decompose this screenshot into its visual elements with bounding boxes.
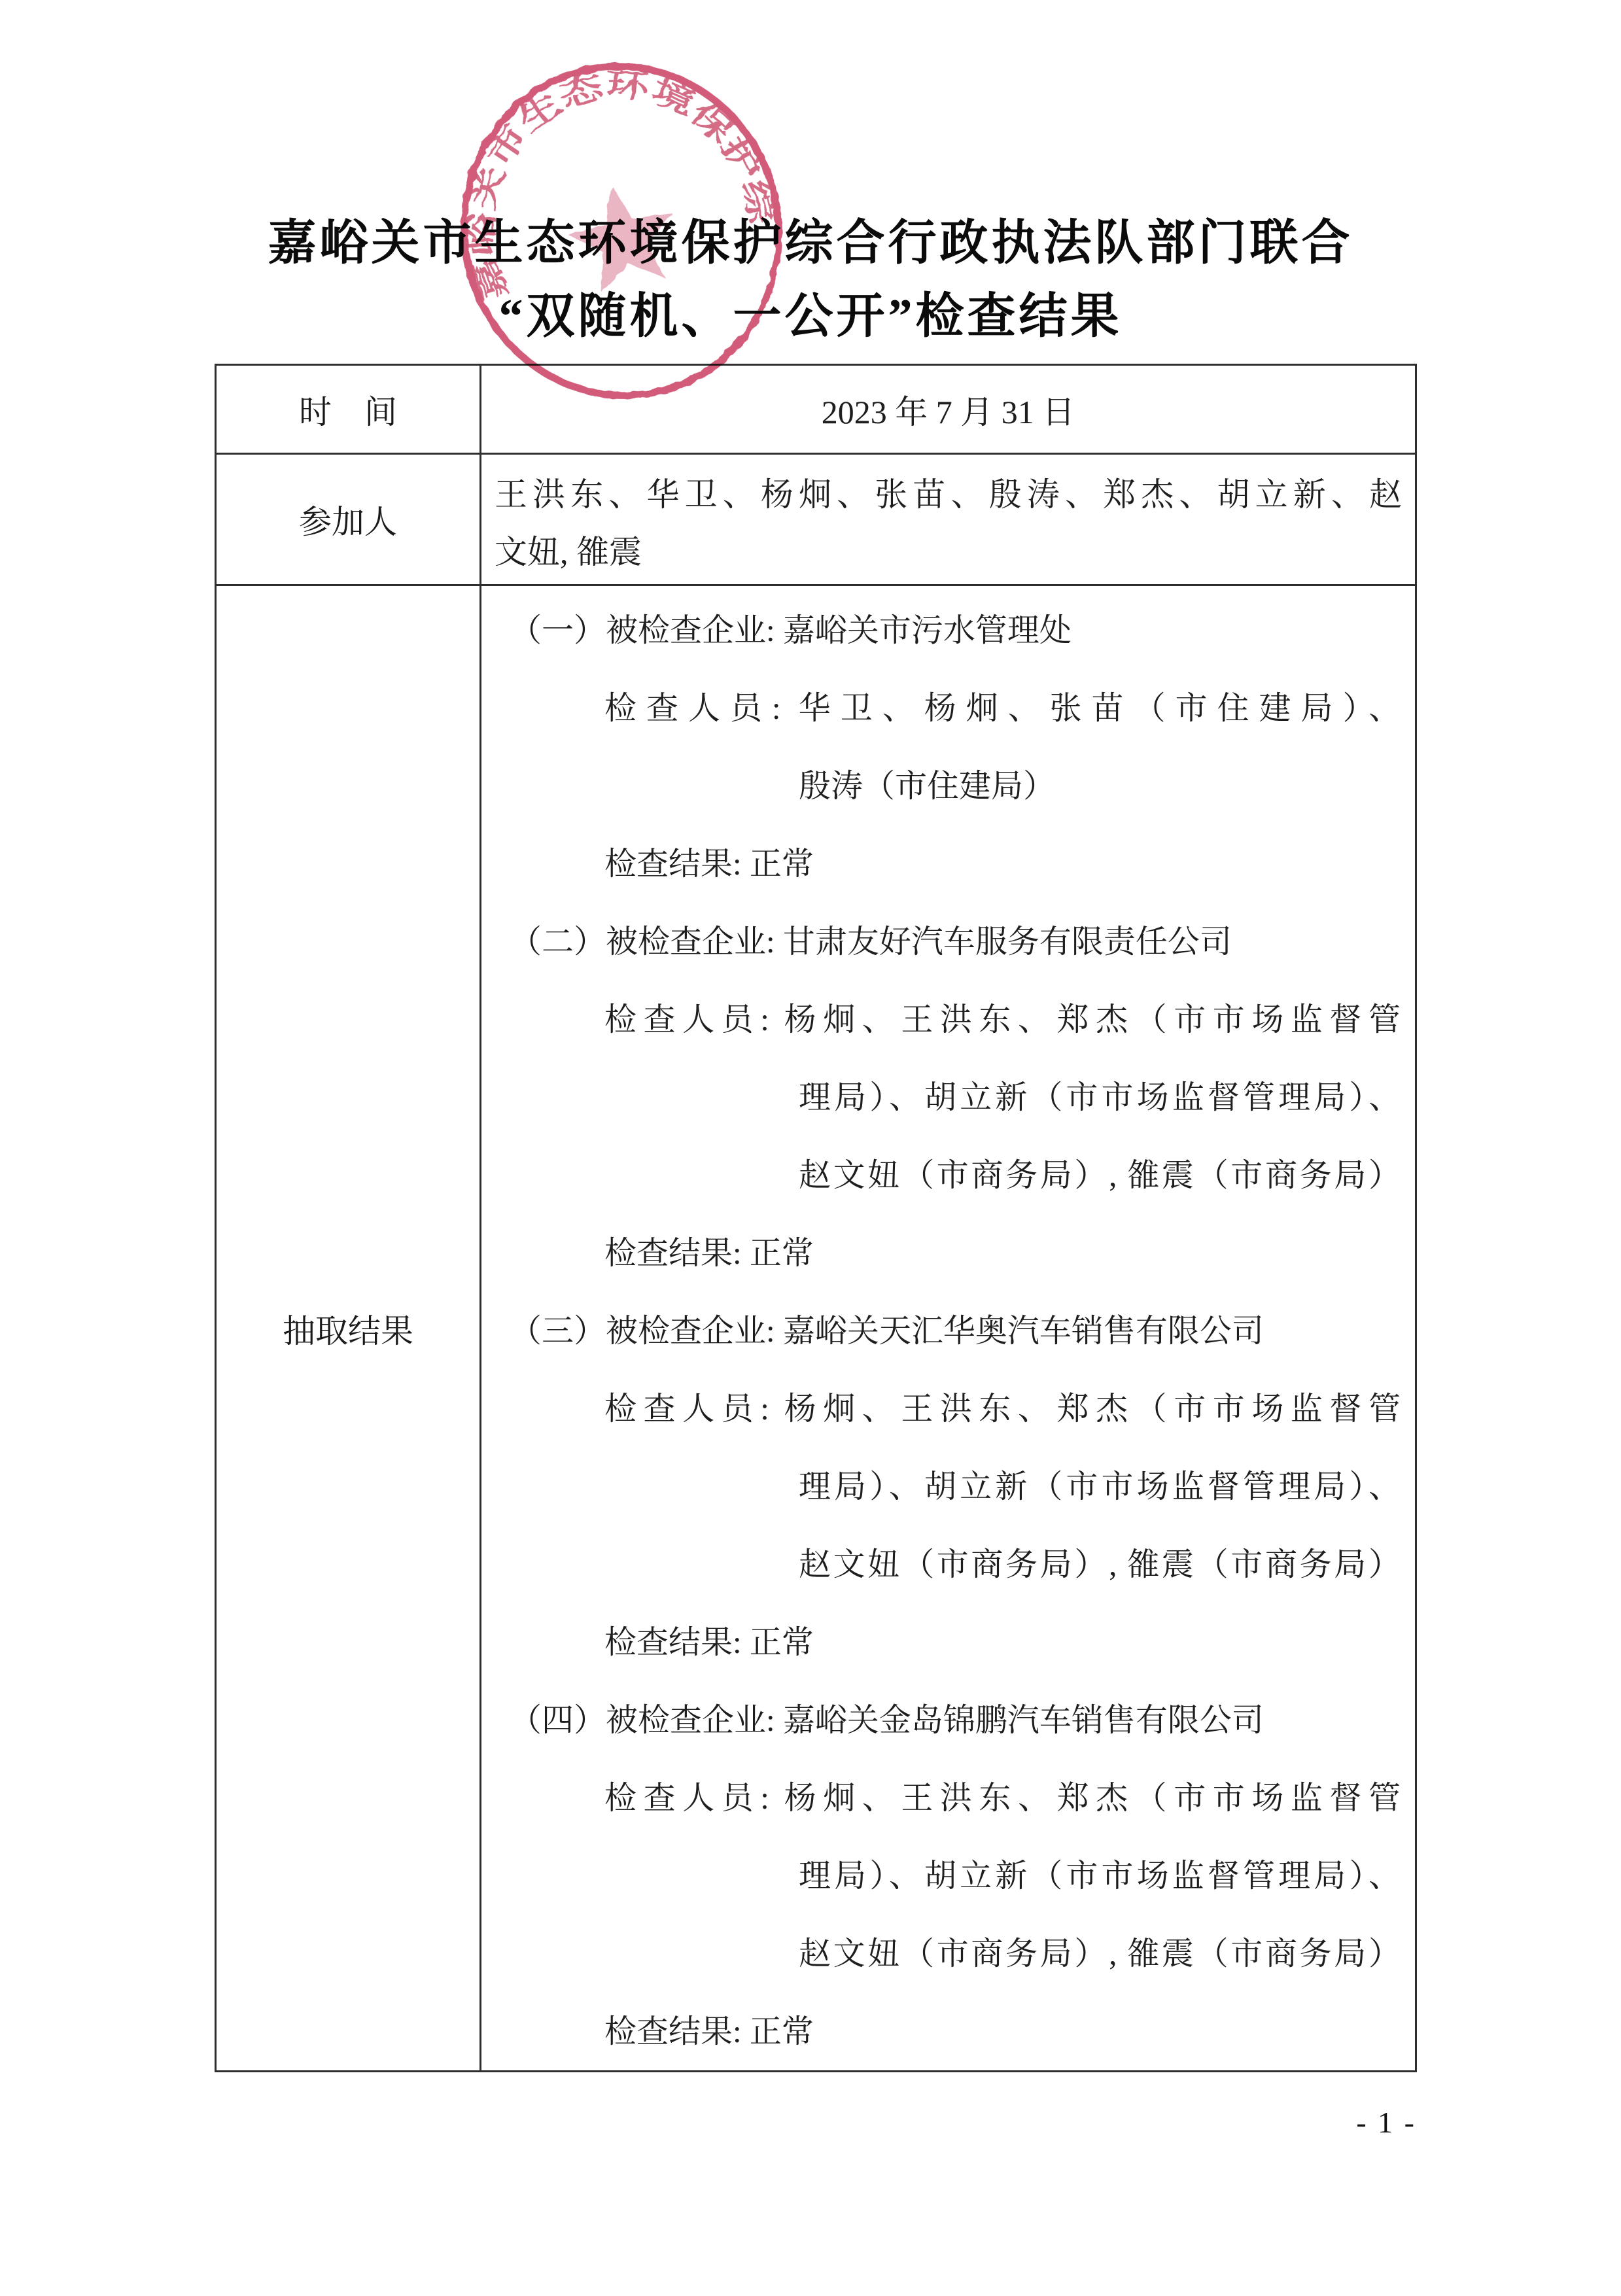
table-row-results: 抽取结果 （一）被检查企业: 嘉峪关市污水管理处 检查人员: 华卫、杨炯、张苗（… [216,585,1416,2072]
time-value: 2023 年 7 月 31 日 [481,365,1416,454]
result-line: 检查结果: 正常 [481,1992,1415,2070]
result-line: 检查结果: 正常 [481,1214,1415,1292]
result-line: 殷涛（市住建局） [481,747,1415,825]
result-line: （二）被检查企业: 甘肃友好汽车服务有限责任公司 [481,903,1415,981]
results-content: （一）被检查企业: 嘉峪关市污水管理处 检查人员: 华卫、杨炯、张苗（市住建局）… [481,585,1416,2072]
participants-value: 王洪东、华卫、杨炯、张苗、殷涛、郑杰、胡立新、赵 文妞, 雒震 [481,454,1416,585]
table-row-time: 时 间 2023 年 7 月 31 日 [216,365,1416,454]
result-line: 理局）、胡立新（市市场监督管理局）、 [481,1837,1415,1915]
result-line: 赵文妞（市商务局）, 雒震（市商务局） [481,1915,1415,1992]
result-line: 检查人员: 杨炯、王洪东、郑杰（市市场监督管 [481,1759,1415,1837]
participants-line-2: 文妞, 雒震 [495,523,1402,581]
page-number: - 1 - [1356,2105,1416,2140]
result-line: （一）被检查企业: 嘉峪关市污水管理处 [481,591,1415,669]
result-line: 赵文妞（市商务局）, 雒震（市商务局） [481,1525,1415,1603]
result-line: （三）被检查企业: 嘉峪关天汇华奥汽车销售有限公司 [481,1292,1415,1370]
result-line: 检查结果: 正常 [481,1603,1415,1681]
results-label: 抽取结果 [216,585,481,2072]
result-line: 赵文妞（市商务局）, 雒震（市商务局） [481,1136,1415,1214]
result-line: 检查人员: 杨炯、王洪东、郑杰（市市场监督管 [481,981,1415,1058]
participants-label: 参加人 [216,454,481,585]
inspection-table: 时 间 2023 年 7 月 31 日 参加人 王洪东、华卫、杨炯、张苗、殷涛、… [215,364,1417,2072]
table-row-participants: 参加人 王洪东、华卫、杨炯、张苗、殷涛、郑杰、胡立新、赵 文妞, 雒震 [216,454,1416,585]
participants-line-1: 王洪东、华卫、杨炯、张苗、殷涛、郑杰、胡立新、赵 [495,466,1402,523]
result-line: 理局）、胡立新（市市场监督管理局）、 [481,1448,1415,1525]
result-line: （四）被检查企业: 嘉峪关金岛锦鹏汽车销售有限公司 [481,1681,1415,1759]
document-title: 嘉峪关市生态环境保护综合行政执法队部门联合 “双随机、一公开”检查结果 [0,207,1621,353]
document-page: 嘉峪关市生态环境保护综合行政执法队部门联合 “双随机、一公开”检查结果 时 间 … [0,0,1621,2296]
result-line: 检查人员: 杨炯、王洪东、郑杰（市市场监督管 [481,1370,1415,1448]
title-line-1: 嘉峪关市生态环境保护综合行政执法队部门联合 [0,207,1621,280]
time-label: 时 间 [216,365,481,454]
result-line: 理局）、胡立新（市市场监督管理局）、 [481,1058,1415,1136]
result-line: 检查结果: 正常 [481,825,1415,903]
result-line: 检查人员: 华卫、杨炯、张苗（市住建局）、 [481,669,1415,747]
title-line-2: “双随机、一公开”检查结果 [0,280,1621,353]
